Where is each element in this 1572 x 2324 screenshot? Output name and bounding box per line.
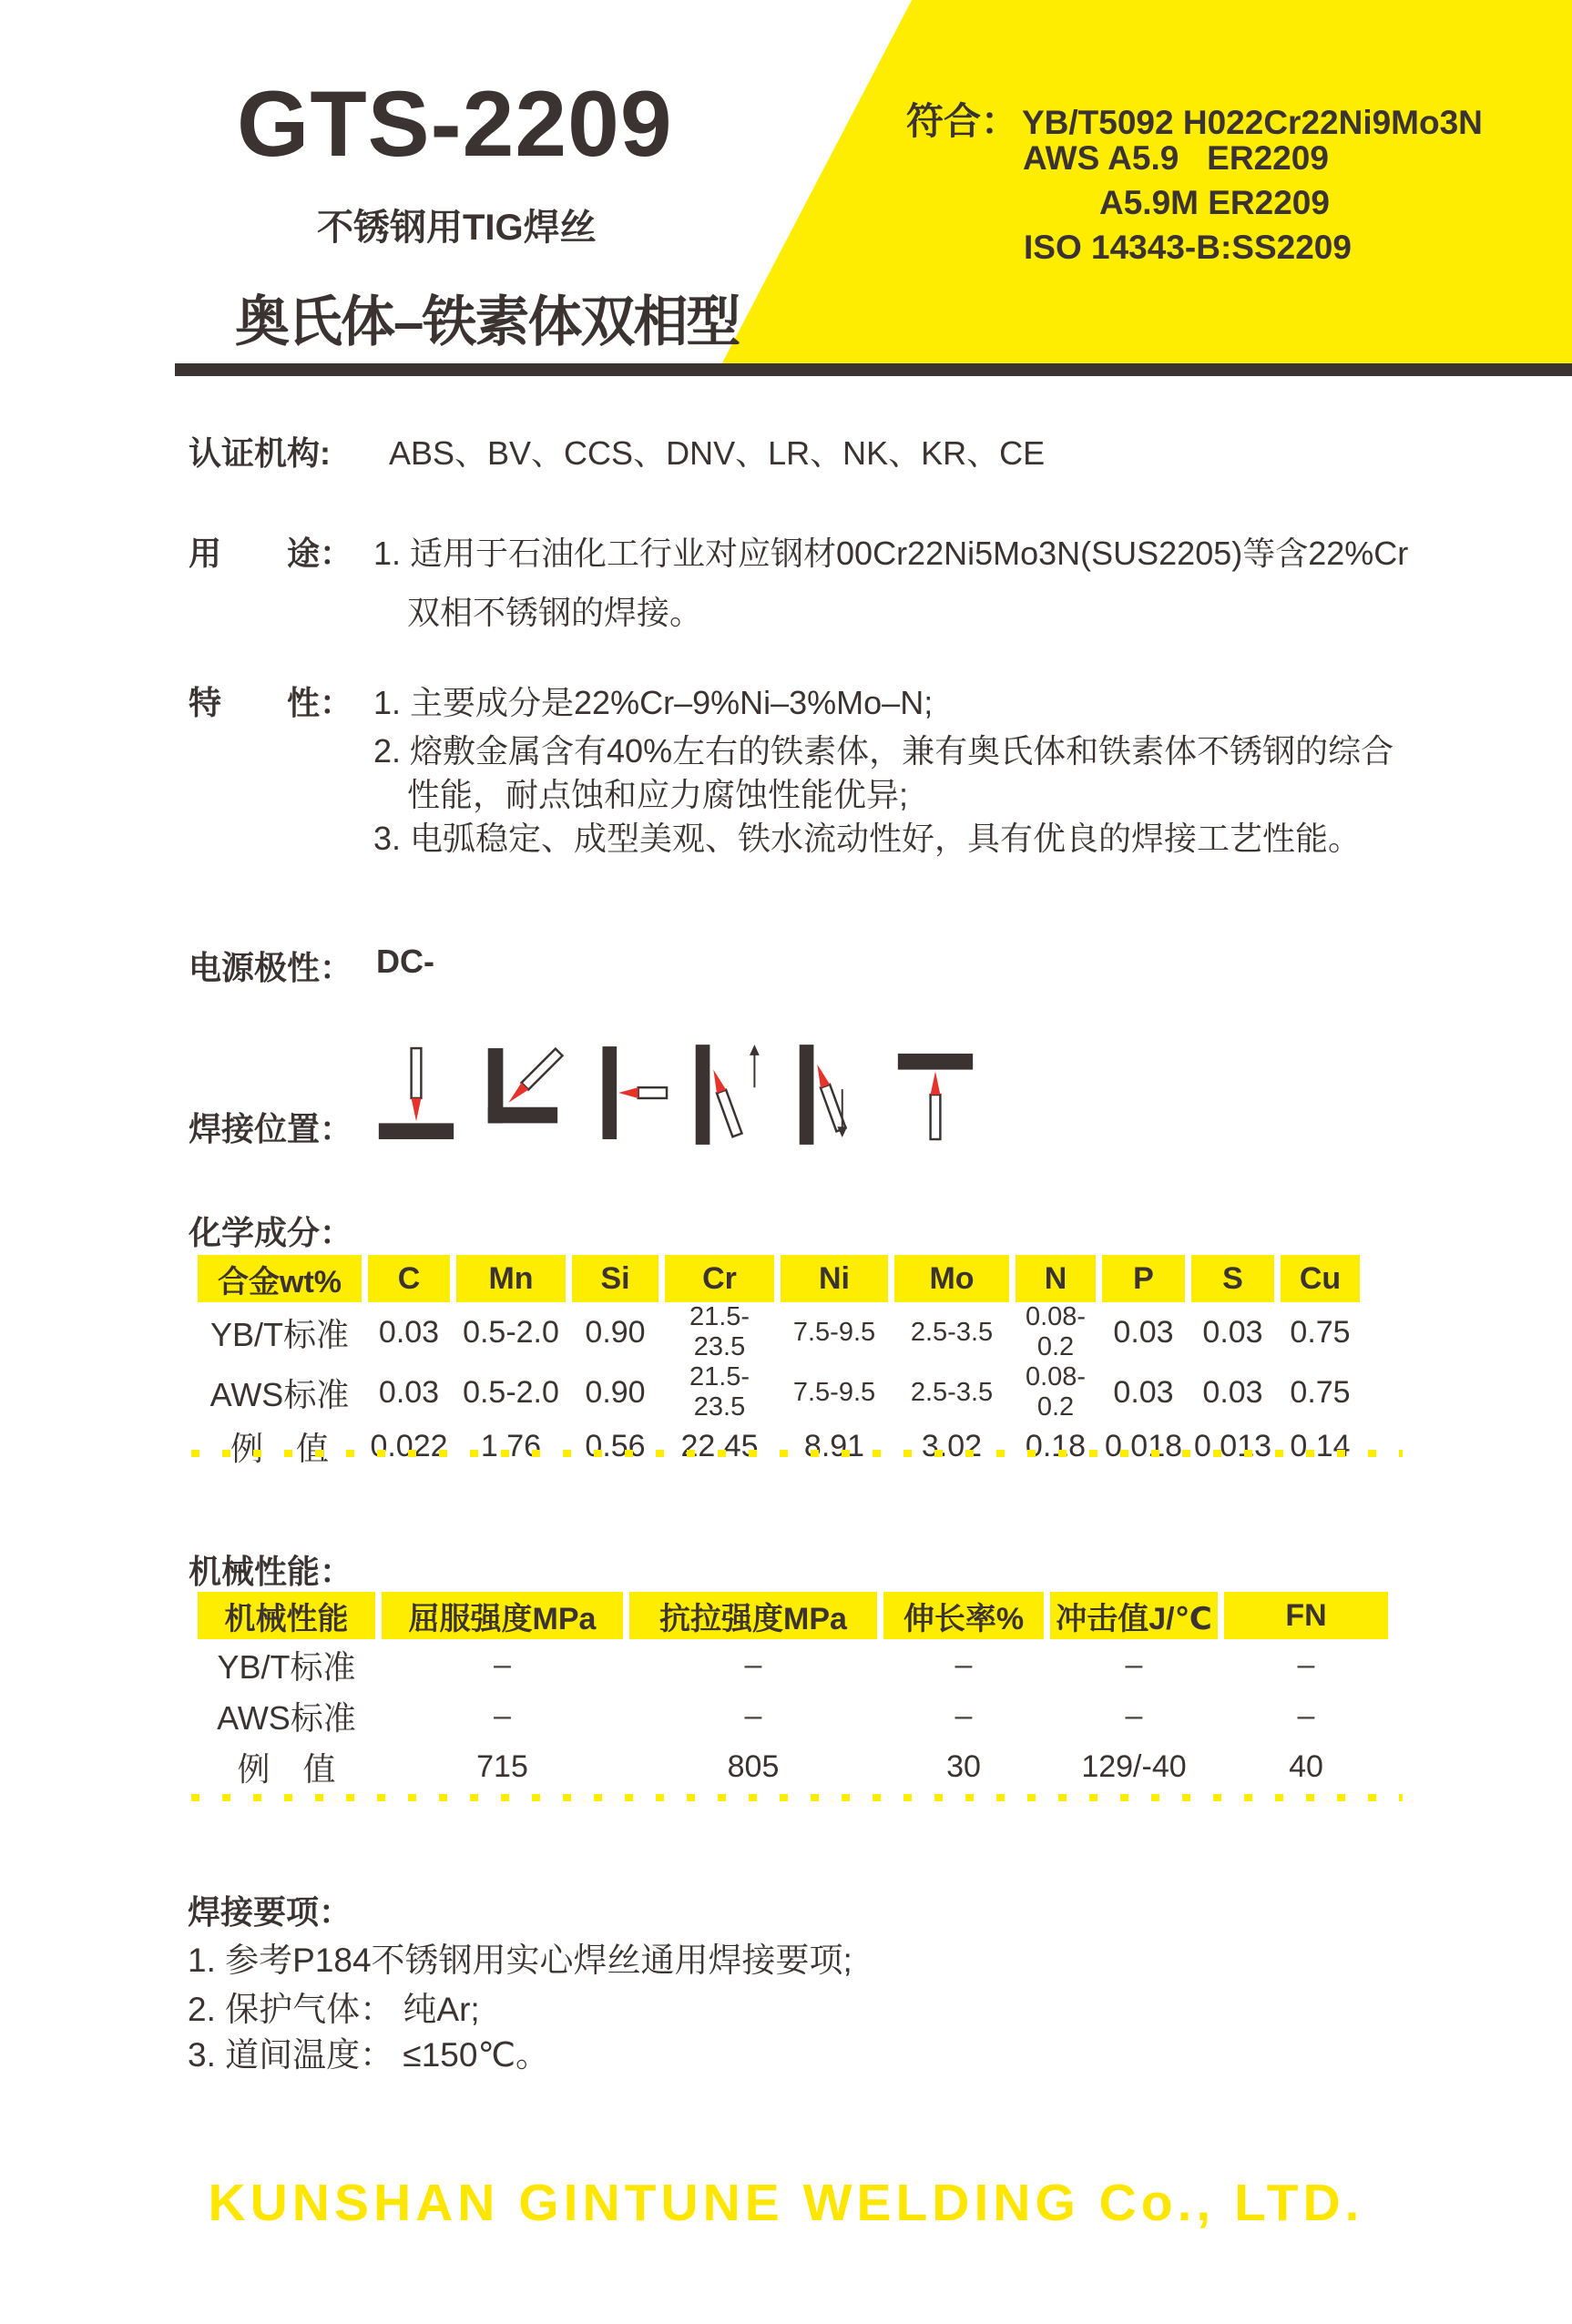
welding-positions-row (372, 1042, 980, 1149)
chem-value-cell: 0.018 (1102, 1422, 1185, 1471)
chem-header-cell: N (1016, 1255, 1096, 1302)
usage-label: 用 途： (189, 528, 352, 575)
chem-header-cell: P (1102, 1255, 1185, 1302)
chem-value-cell: 0.5-2.0 (456, 1302, 566, 1362)
mechanical-row-aws: AWS标准 – – – – – (198, 1690, 1388, 1741)
chem-value-cell: 0.013 (1191, 1422, 1274, 1471)
chem-value-cell: 0.90 (572, 1362, 658, 1422)
mech-header-cell: FN (1224, 1592, 1388, 1639)
feature-item-1: 1. 主要成分是22%Cr–9%Ni–3%Mo–N; (373, 678, 933, 724)
chem-header-cell: S (1191, 1255, 1274, 1302)
chem-value-cell: 0.08-0.2 (1016, 1362, 1096, 1422)
vertical-up-position-icon (683, 1042, 772, 1149)
product-subtitle: 不锈钢用TIG焊丝 (317, 199, 597, 250)
chem-value-cell: 0.08-0.2 (1016, 1302, 1096, 1362)
usage-line-1: 1. 适用于石油化工行业对应钢材00Cr22Ni5Mo3N(SUS2205)等含… (373, 528, 1408, 575)
header-divider (175, 363, 1572, 376)
feature-item-3: 3. 电弧稳定、成型美观、铁水流动性好，具有优良的焊接工艺性能。 (373, 813, 1361, 860)
chem-value-cell: 0.03 (1102, 1362, 1185, 1422)
mech-value-cell: – (1050, 1639, 1218, 1690)
overhead-position-icon (891, 1042, 980, 1149)
chem-header-cell: Cr (665, 1255, 774, 1302)
chem-value-cell: 0.5-2.0 (456, 1362, 566, 1422)
chem-value-cell: 7.5-9.5 (781, 1362, 888, 1422)
chem-value-cell: 2.5-3.5 (894, 1302, 1009, 1362)
mechanical-header-row: 机械性能 屈服强度MPa 抗拉强度MPa 伸长率% 冲击值J/℃ FN (198, 1592, 1388, 1639)
mech-value-cell: – (1224, 1639, 1388, 1690)
flat-position-icon (372, 1042, 461, 1149)
chem-value-cell: 0.03 (368, 1362, 450, 1422)
company-footer: KUNSHAN GINTUNE WELDING Co., LTD. (0, 2173, 1572, 2233)
chem-value-cell: 3.02 (894, 1422, 1009, 1471)
standards-label: 符合： (906, 91, 1018, 145)
mech-value-cell: 715 (382, 1741, 623, 1792)
chem-row-label: 例 值 (198, 1422, 362, 1471)
vertical-down-position-icon (787, 1042, 876, 1149)
chem-value-cell: 21.5-23.5 (665, 1302, 774, 1362)
mech-value-cell: – (382, 1639, 623, 1690)
features-label: 特 性： (189, 678, 352, 724)
horizontal-position-icon (579, 1042, 669, 1149)
mech-value-cell: – (883, 1639, 1044, 1690)
chem-value-cell: 0.56 (572, 1422, 658, 1471)
chemistry-table: 合金wt% C Mn Si Cr Ni Mo N P S Cu YB/T标准 0… (191, 1255, 1366, 1471)
chem-header-cell: Ni (781, 1255, 888, 1302)
up-arrow-icon (750, 1045, 760, 1087)
mech-header-cell: 抗拉强度MPa (629, 1592, 877, 1639)
standards-block: 符合： YB/T5092 H022Cr22Ni9Mo3N AWS A5.9 ER… (906, 91, 1489, 270)
welding-positions-label: 焊接位置： (189, 1104, 352, 1150)
standards-line-4: ISO 14343-B:SS2209 (1024, 225, 1489, 270)
usage-line-2: 双相不锈钢的焊接。 (407, 587, 702, 634)
chem-value-cell: 0.03 (1102, 1302, 1185, 1362)
chem-value-cell: 8.91 (781, 1422, 888, 1471)
mech-value-cell: – (629, 1690, 877, 1741)
chem-header-cell: Mo (894, 1255, 1009, 1302)
mech-header-cell: 冲击值J/℃ (1050, 1592, 1218, 1639)
datasheet-page: 符合： YB/T5092 H022Cr22Ni9Mo3N AWS A5.9 ER… (0, 0, 1572, 2324)
welding-note-3: 3. 道间温度： ≤150℃。 (188, 2027, 549, 2076)
mech-value-cell: – (1224, 1690, 1388, 1741)
chem-value-cell: 2.5-3.5 (894, 1362, 1009, 1422)
chem-value-cell: 7.5-9.5 (781, 1302, 888, 1362)
chem-header-cell: Cu (1281, 1255, 1360, 1302)
chem-value-cell: 1.76 (456, 1422, 566, 1471)
chem-row-label: YB/T标准 (198, 1302, 362, 1362)
certification-label: 认证机构: (189, 428, 331, 474)
welding-note-1: 1. 参考P184不锈钢用实心焊丝通用焊接要项; (188, 1932, 852, 1982)
mech-value-cell: 129/-40 (1050, 1741, 1218, 1792)
chemistry-row-ybt: YB/T标准 0.03 0.5-2.0 0.90 21.5-23.5 7.5-9… (198, 1302, 1360, 1362)
mech-value-cell: – (629, 1639, 877, 1690)
chem-value-cell: 22.45 (665, 1422, 774, 1471)
polarity-label: 电源极性： (189, 943, 352, 989)
chem-value-cell: 0.022 (368, 1422, 450, 1471)
mech-header-cell: 屈服强度MPa (382, 1592, 623, 1639)
welding-note-2: 2. 保护气体： 纯Ar; (188, 1982, 480, 2031)
chem-value-cell: 21.5-23.5 (665, 1362, 774, 1422)
mech-value-cell: – (1050, 1690, 1218, 1741)
mech-value-cell: 40 (1224, 1741, 1388, 1792)
chem-row-label: AWS标准 (198, 1362, 362, 1422)
chem-value-cell: 0.14 (1281, 1422, 1360, 1471)
chem-value-cell: 0.75 (1281, 1302, 1360, 1362)
chem-header-cell: C (368, 1255, 450, 1302)
mech-header-cell: 机械性能 (198, 1592, 375, 1639)
chemistry-row-aws: AWS标准 0.03 0.5-2.0 0.90 21.5-23.5 7.5-9.… (198, 1362, 1360, 1422)
feature-item-2-line-1: 2. 熔敷金属含有40%左右的铁素体，兼有奥氏体和铁素体不锈钢的综合 (373, 726, 1393, 772)
product-title: GTS-2209 (237, 71, 673, 178)
mechanical-table: 机械性能 屈服强度MPa 抗拉强度MPa 伸长率% 冲击值J/℃ FN YB/T… (191, 1592, 1394, 1792)
certification-value: ABS、BV、CCS、DNV、LR、NK、KR、CE (389, 428, 1045, 474)
chem-value-cell: 0.03 (1191, 1302, 1274, 1362)
chemistry-row-example: 例 值 0.022 1.76 0.56 22.45 8.91 3.02 0.18… (198, 1422, 1360, 1471)
dotted-separator (191, 1794, 1403, 1801)
mechanical-row-example: 例 值 715 805 30 129/-40 40 (198, 1741, 1388, 1792)
chem-value-cell: 0.03 (1191, 1362, 1274, 1422)
standards-line-3: A5.9M ER2209 (1099, 180, 1489, 225)
feature-item-2-line-2: 性能，耐点蚀和应力腐蚀性能优异; (407, 770, 908, 816)
mech-value-cell: 30 (883, 1741, 1044, 1792)
chem-value-cell: 0.90 (572, 1302, 658, 1362)
mech-header-cell: 伸长率% (883, 1592, 1044, 1639)
mech-value-cell: – (382, 1690, 623, 1741)
mech-row-label: AWS标准 (198, 1690, 375, 1741)
horizontal-fillet-position-icon (475, 1042, 565, 1149)
standards-line-1: 符合： YB/T5092 H022Cr22Ni9Mo3N (906, 91, 1489, 136)
chemistry-section-label: 化学成分： (189, 1208, 352, 1254)
chem-header-cell: Mn (456, 1255, 566, 1302)
chem-value-cell: 0.18 (1016, 1422, 1096, 1471)
dotted-separator (191, 1450, 1403, 1457)
chem-value-cell: 0.03 (368, 1302, 450, 1362)
standards-line-2: AWS A5.9 ER2209 (1023, 136, 1489, 180)
product-type-label: 奥氏体–铁素体双相型 (235, 279, 739, 357)
chem-value-cell: 0.75 (1281, 1362, 1360, 1422)
mech-value-cell: 805 (629, 1741, 877, 1792)
welding-notes-label: 焊接要项： (188, 1887, 352, 1933)
chem-header-cell: 合金wt% (198, 1255, 362, 1302)
mechanical-section-label: 机械性能： (189, 1546, 352, 1593)
mechanical-row-ybt: YB/T标准 – – – – – (198, 1639, 1388, 1690)
mech-row-label: YB/T标准 (198, 1639, 375, 1690)
chem-header-cell: Si (572, 1255, 658, 1302)
chemistry-header-row: 合金wt% C Mn Si Cr Ni Mo N P S Cu (198, 1255, 1360, 1302)
polarity-value: DC- (376, 943, 434, 981)
mech-row-label: 例 值 (198, 1741, 375, 1792)
mech-value-cell: – (883, 1690, 1044, 1741)
